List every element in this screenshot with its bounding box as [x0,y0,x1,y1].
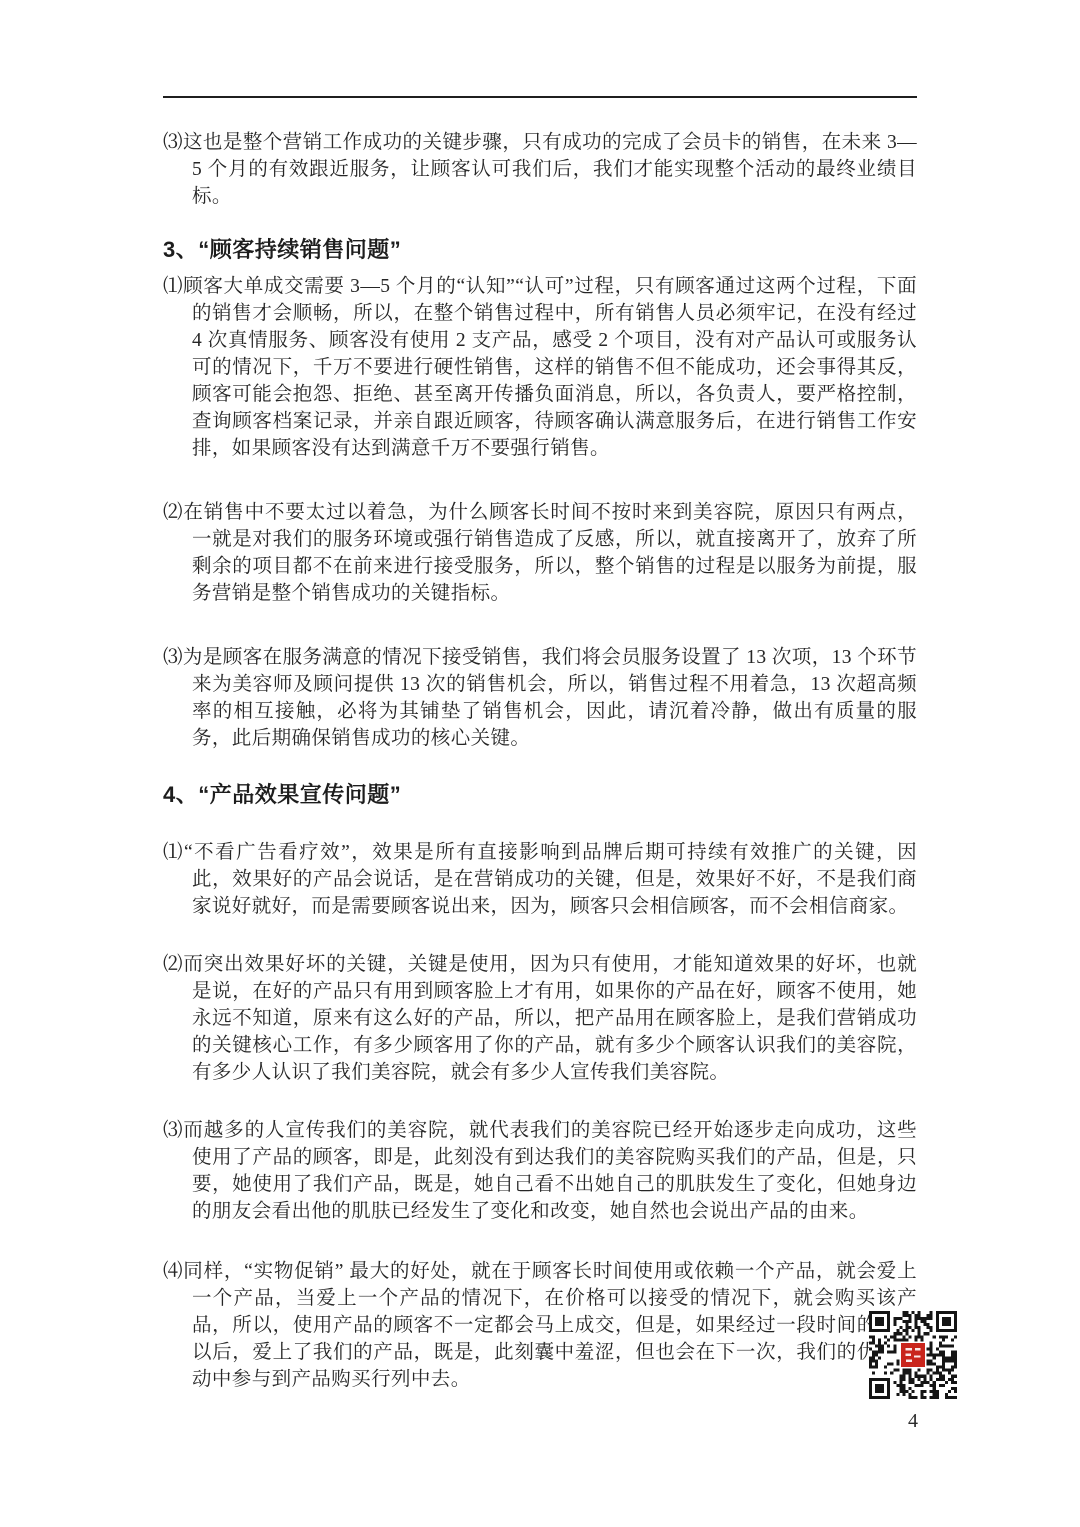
paragraph-s3-1: ⑴顾客大单成交需要 3—5 个月的“认知”“认可”过程，只有顾客通过这两个过程，… [163,273,917,462]
paragraph-s4-3: ⑶而越多的人宣传我们的美容院，就代表我们的美容院已经开始逐步走向成功，这些使用了… [163,1117,917,1225]
paragraph-s4-1: ⑴“不看广告看疗效”，效果是所有直接影响到品牌后期可持续有效推广的关键，因此，效… [163,839,917,920]
intro-paragraph: ⑶这也是整个营销工作成功的关键步骤，只有成功的完成了会员卡的销售，在未来 3—5… [163,129,917,210]
page-number: 4 [869,1410,957,1433]
paragraph-s4-4: ⑷同样，“实物促销” 最大的好处，就在于顾客长时间使用或依赖一个产品，就会爱上一… [163,1258,917,1393]
paragraph-s3-3: ⑶为是顾客在服务满意的情况下接受销售，我们将会员服务设置了 13 次项，13 个… [163,644,917,752]
paragraph-s3-2: ⑵在销售中不要太过以着急，为什么顾客长时间不按时来到美容院，原因只有两点，一就是… [163,499,917,607]
paragraph-s4-2: ⑵而突出效果好坏的关键，关键是使用，因为只有使用，才能知道效果的好坏，也就是说，… [163,951,917,1086]
section-heading-3: 3、“顾客持续销售问题” [163,237,917,263]
section-heading-4: 4、“产品效果宣传问题” [163,782,917,808]
header-rule [163,96,917,98]
qr-code-icon [869,1311,957,1399]
document-page: ⑶这也是整个营销工作成功的关键步骤，只有成功的完成了会员卡的销售，在未来 3—5… [163,0,917,1393]
